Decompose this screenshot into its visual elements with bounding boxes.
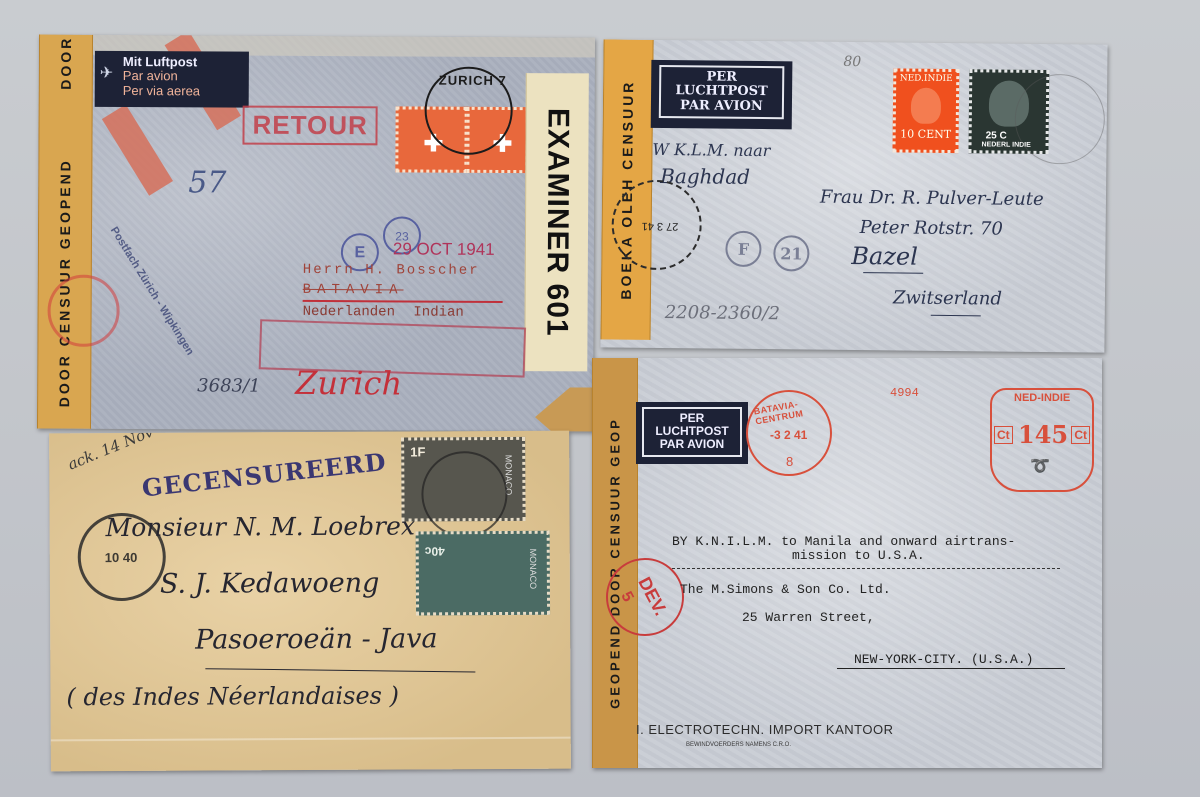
- sender-subline: BEWINDVOERDERS NAMENS C.R.O.: [686, 742, 791, 748]
- address-line: Nederlanden Indian: [303, 304, 464, 321]
- stamp-label: NED.INDIE: [896, 73, 956, 84]
- address-line: Monsieur N. M. Loebrex: [106, 511, 415, 542]
- stamp-value: 40c: [425, 544, 445, 558]
- postmark-number: 8: [786, 454, 793, 469]
- date-stamp: 29 OCT 1941: [393, 239, 495, 260]
- address-line: BATAVIA: [303, 282, 404, 299]
- address-line: Bazel: [851, 242, 918, 271]
- censor-mark-dev: DEV. 5: [606, 558, 684, 636]
- stamp-ned-indie-10-cent: NED.INDIE 10 CENT: [892, 68, 959, 153]
- censor-tape-top-text: DOOR: [58, 35, 74, 89]
- censor-mark-text: F: [738, 240, 750, 259]
- airmail-line: PER LUCHTPOST: [652, 412, 732, 438]
- postmark-date: 10 40: [105, 550, 138, 565]
- examiner-tape: EXAMINER 601: [524, 73, 589, 371]
- censor-mark-f: F: [725, 231, 761, 267]
- routing-line: BY K.N.I.L.M. to Manila and onward airtr…: [672, 534, 1015, 549]
- pencil-note: 2208-2360/2: [665, 302, 780, 324]
- pencil-note: 57: [188, 165, 226, 200]
- underline: [205, 668, 475, 672]
- address-underline: [837, 668, 1065, 669]
- censor-mark-text: E: [355, 244, 366, 261]
- pencil-note: ack. 14 Nov: [65, 431, 156, 474]
- censor-mark-number: 5: [616, 589, 636, 605]
- postmark-date: -3 2 41: [770, 428, 807, 442]
- censor-circle-red: [47, 275, 119, 347]
- airmail-label: ✈ Mit Luftpost Par avion Per via aerea: [95, 51, 249, 108]
- postmark-on-stamp: [421, 451, 507, 537]
- top-note: 80: [843, 54, 861, 70]
- address-line: ( des Indes Néerlandaises ): [66, 682, 399, 712]
- airmail-line: Per via aerea: [123, 84, 243, 99]
- address-line: Pasoeroeän - Java: [195, 623, 437, 655]
- censor-tape-text: GEOPEND DOOR CENSUUR GEOP: [608, 417, 623, 709]
- sender-line: I. ELECTROTECHN. IMPORT KANTOOR: [636, 722, 893, 737]
- postmark-censuur: 27 3 41: [611, 179, 702, 270]
- stamp-value: 1F: [410, 444, 425, 459]
- address-line: 25 Warren Street,: [742, 610, 875, 625]
- underline: [863, 272, 923, 274]
- fold-line: [51, 737, 571, 742]
- retour-stamp: RETOUR: [242, 106, 378, 146]
- censor-tape-left: DOOR CENSUUR GEOPEND DOOR: [37, 35, 93, 429]
- airmail-label: PER LUCHTPOST PAR AVION: [636, 402, 748, 464]
- cover-monaco: ack. 14 Nov GECENSUREERD 10 40 1F MONACO…: [49, 431, 571, 772]
- meter-number: 4994: [890, 386, 919, 400]
- stamp-value: 10 CENT: [896, 127, 956, 141]
- censored-stamp: GECENSUREERD: [140, 447, 387, 503]
- censor-mark-text: 21: [780, 244, 802, 263]
- airmail-label: PER LUCHTPOST PAR AVION: [651, 60, 793, 129]
- airmail-line: PAR AVION: [669, 99, 774, 114]
- sender-stamp: Postfach Zürich - Wipkingen: [108, 225, 196, 358]
- meter-country: NED-INDIE: [1014, 392, 1070, 404]
- address-line: NEW-YORK-CITY. (U.S.A.): [854, 652, 1033, 667]
- post-horn-icon: ➰: [1030, 456, 1050, 476]
- tape-fragment: [535, 387, 593, 431]
- meter-postmark-batavia: BATAVIA-CENTRUM -3 2 41 8: [746, 390, 832, 476]
- postmark-date: 27 3 41: [642, 220, 679, 232]
- cover-zurich: DOOR CENSUUR GEOPEND DOOR ✈ Mit Luftpost…: [37, 35, 595, 432]
- queen-portrait-icon: [911, 88, 941, 124]
- airplane-icon: ✈: [100, 65, 113, 83]
- meter-unit: Ct: [1071, 426, 1090, 444]
- routing-line: mission to U.S.A.: [792, 548, 925, 563]
- address-line: S. J. Kedawoeng: [160, 568, 380, 600]
- stamp-monaco-40c: 40c MONACO: [416, 531, 550, 616]
- stamp-country: MONACO: [527, 549, 537, 590]
- address-line: Zwitserland: [893, 287, 1002, 309]
- dashed-divider: [672, 568, 1060, 569]
- airmail-line: PER LUCHTPOST: [669, 70, 774, 100]
- meter-value: 145: [1018, 420, 1068, 449]
- postmark-faint: [1014, 74, 1105, 165]
- underline: [931, 315, 981, 317]
- postmark-city: BATAVIA-CENTRUM: [753, 394, 831, 427]
- cover-bazel: BOEKA OLEH CENSUUR PER LUCHTPOST PAR AVI…: [600, 39, 1107, 352]
- airmail-line: Par avion: [123, 69, 243, 84]
- handwritten-redirect: Zurich: [295, 364, 402, 403]
- airmail-line: PAR AVION: [652, 438, 732, 451]
- meter-stamp-145: NED-INDIE Ct 145 Ct ➰: [990, 388, 1094, 492]
- examiner-text: EXAMINER 601: [539, 108, 574, 337]
- address-line: Frau Dr. R. Pulver-Leute: [820, 187, 1044, 210]
- censor-mark-text: DEV.: [633, 574, 670, 619]
- postmark-zurich: ZURICH 7: [424, 67, 512, 155]
- stamp-value: 25 C: [986, 130, 1007, 141]
- address-line: Herrn H. Bosscher: [303, 262, 480, 279]
- meter-unit: Ct: [994, 426, 1013, 444]
- censor-mark-21: 21: [773, 235, 809, 271]
- pencil-note: 3683/1: [197, 375, 260, 396]
- address-line: The M.Simons & Son Co. Ltd.: [680, 582, 891, 597]
- airmail-stripe: [102, 104, 173, 195]
- address-line: Peter Rotstr. 70: [860, 217, 1003, 239]
- routing-note: W K.L.M. naar: [652, 140, 770, 160]
- red-underline: [303, 300, 503, 303]
- cover-newyork: GEOPEND DOOR CENSUUR GEOP PER LUCHTPOST …: [592, 358, 1102, 768]
- postmark-text: ZURICH 7: [439, 73, 507, 88]
